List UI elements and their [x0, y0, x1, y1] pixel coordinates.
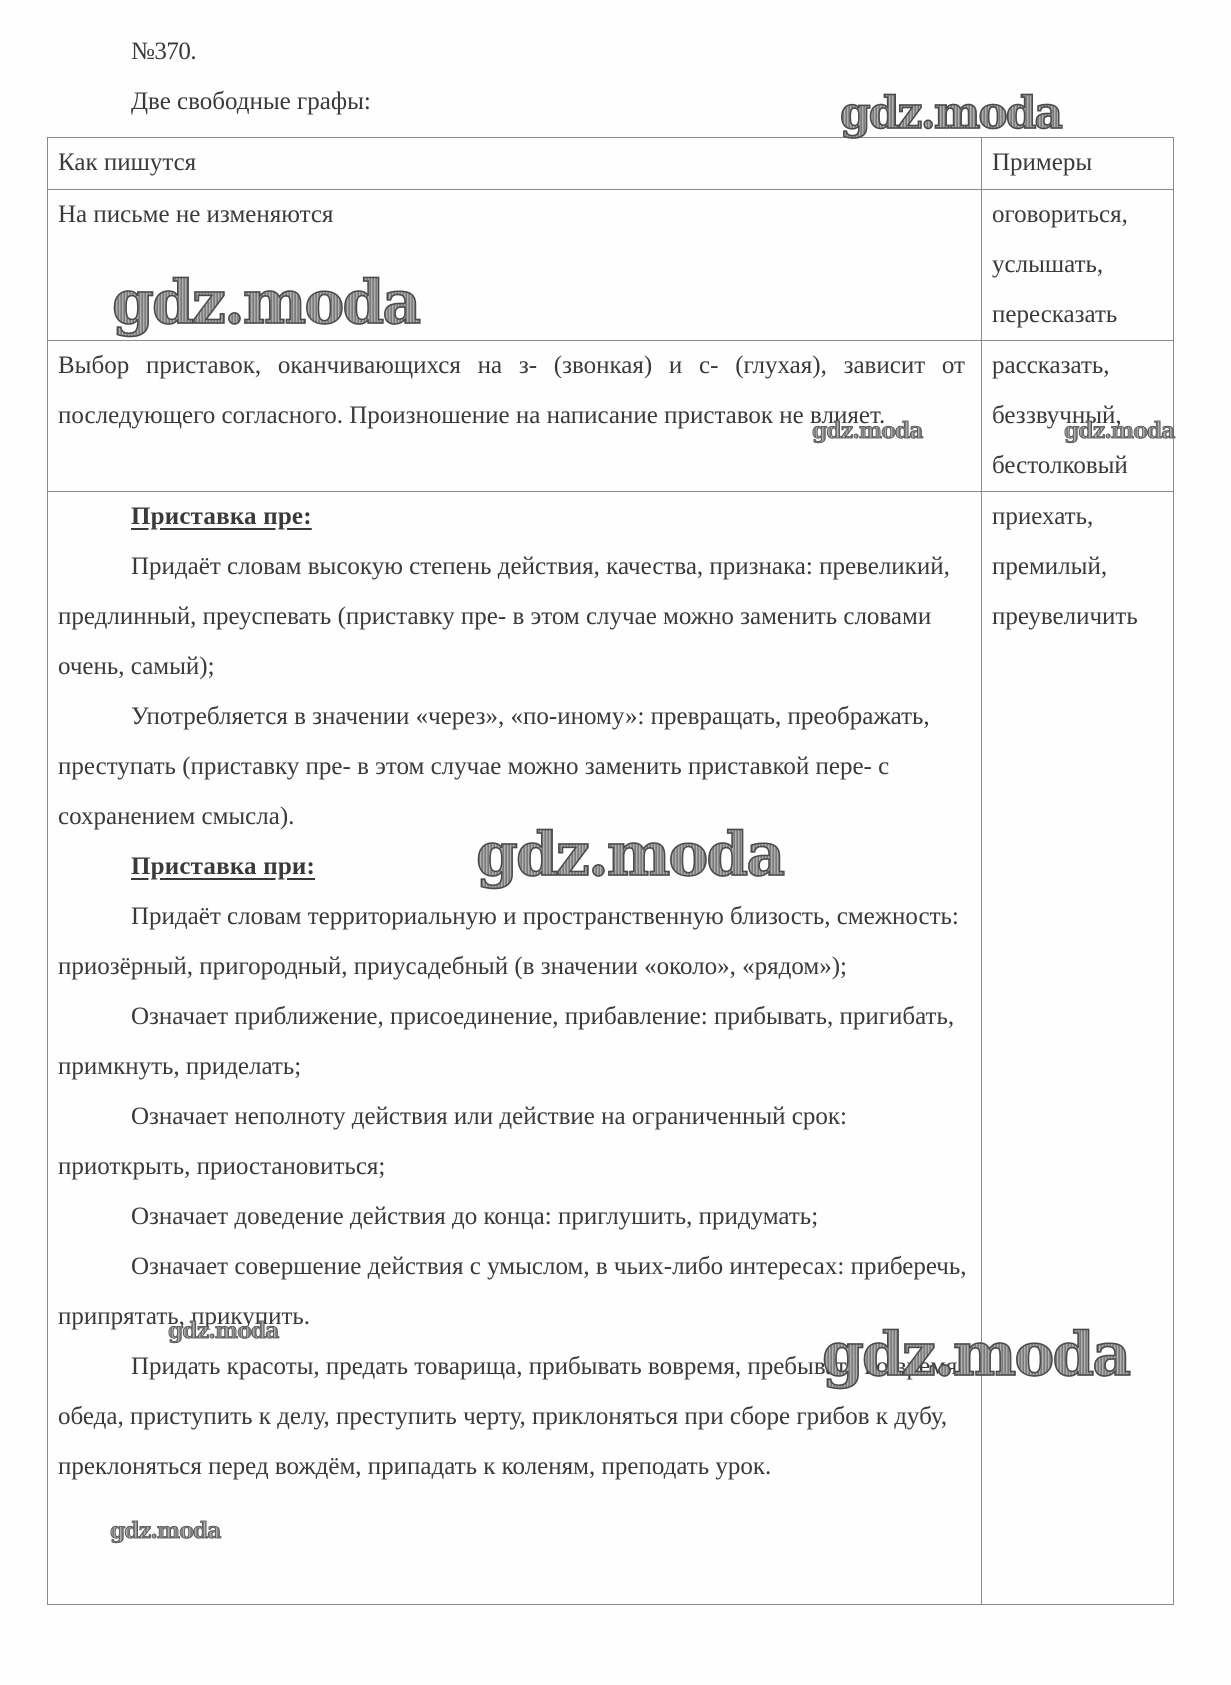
example-word: пересказать — [992, 290, 1163, 340]
section-title-pre: Приставка пре: — [58, 492, 971, 542]
example-word: преувеличить — [992, 592, 1163, 642]
examples-cell: рассказать, беззвучный, бестолковый — [982, 341, 1174, 492]
section-title-pri: Приставка при: — [58, 842, 971, 892]
example-word: рассказать, — [992, 341, 1163, 391]
examples-cell: приехать, премилый, преувеличить — [982, 492, 1174, 1605]
header-examples: Примеры — [982, 138, 1174, 190]
rule-paragraph: Придать красоты, предать товарища, прибы… — [58, 1342, 971, 1492]
rule-paragraph: Придаёт словам высокую степень действия,… — [58, 542, 971, 692]
exercise-number: №370. — [131, 38, 196, 66]
rule-cell: На письме не изменяются — [48, 190, 982, 341]
header-how-written: Как пишутся — [48, 138, 982, 190]
rule-paragraph: Означает неполноту действия или действие… — [58, 1092, 971, 1192]
example-word: оговориться, — [992, 190, 1163, 240]
table-row: Приставка пре: Придаёт словам высокую ст… — [48, 492, 1174, 1605]
example-word: беззвучный, — [992, 391, 1163, 441]
table-header-row: Как пишутся Примеры — [48, 138, 1174, 190]
rule-paragraph: Означает приближение, присоединение, при… — [58, 992, 971, 1092]
watermark: gdz.moda — [840, 88, 1061, 139]
example-word: услышать, — [992, 240, 1163, 290]
rule-text: Выбор приставок, оканчивающихся на з- (з… — [58, 341, 971, 441]
rules-table: Как пишутся Примеры На письме не изменяю… — [47, 137, 1174, 1605]
table-row: Выбор приставок, оканчивающихся на з- (з… — [48, 341, 1174, 492]
rule-paragraph: Придаёт словам территориальную и простра… — [58, 892, 971, 992]
rule-cell: Выбор приставок, оканчивающихся на з- (з… — [48, 341, 982, 492]
rule-paragraph: Означает доведение действия до конца: пр… — [58, 1192, 971, 1242]
exercise-intro: Две свободные графы: — [131, 88, 371, 116]
examples-cell: оговориться, услышать, пересказать — [982, 190, 1174, 341]
example-word: премилый, — [992, 542, 1163, 592]
table-row: На письме не изменяются оговориться, усл… — [48, 190, 1174, 341]
rule-text: На письме не изменяются — [58, 190, 971, 240]
rule-cell: Приставка пре: Придаёт словам высокую ст… — [48, 492, 982, 1605]
example-word: бестолковый — [992, 441, 1163, 491]
rule-paragraph: Употребляется в значении «через», «по-ин… — [58, 692, 971, 842]
rule-paragraph: Означает совершение действия с умыслом, … — [58, 1242, 971, 1342]
example-word: приехать, — [992, 492, 1163, 542]
